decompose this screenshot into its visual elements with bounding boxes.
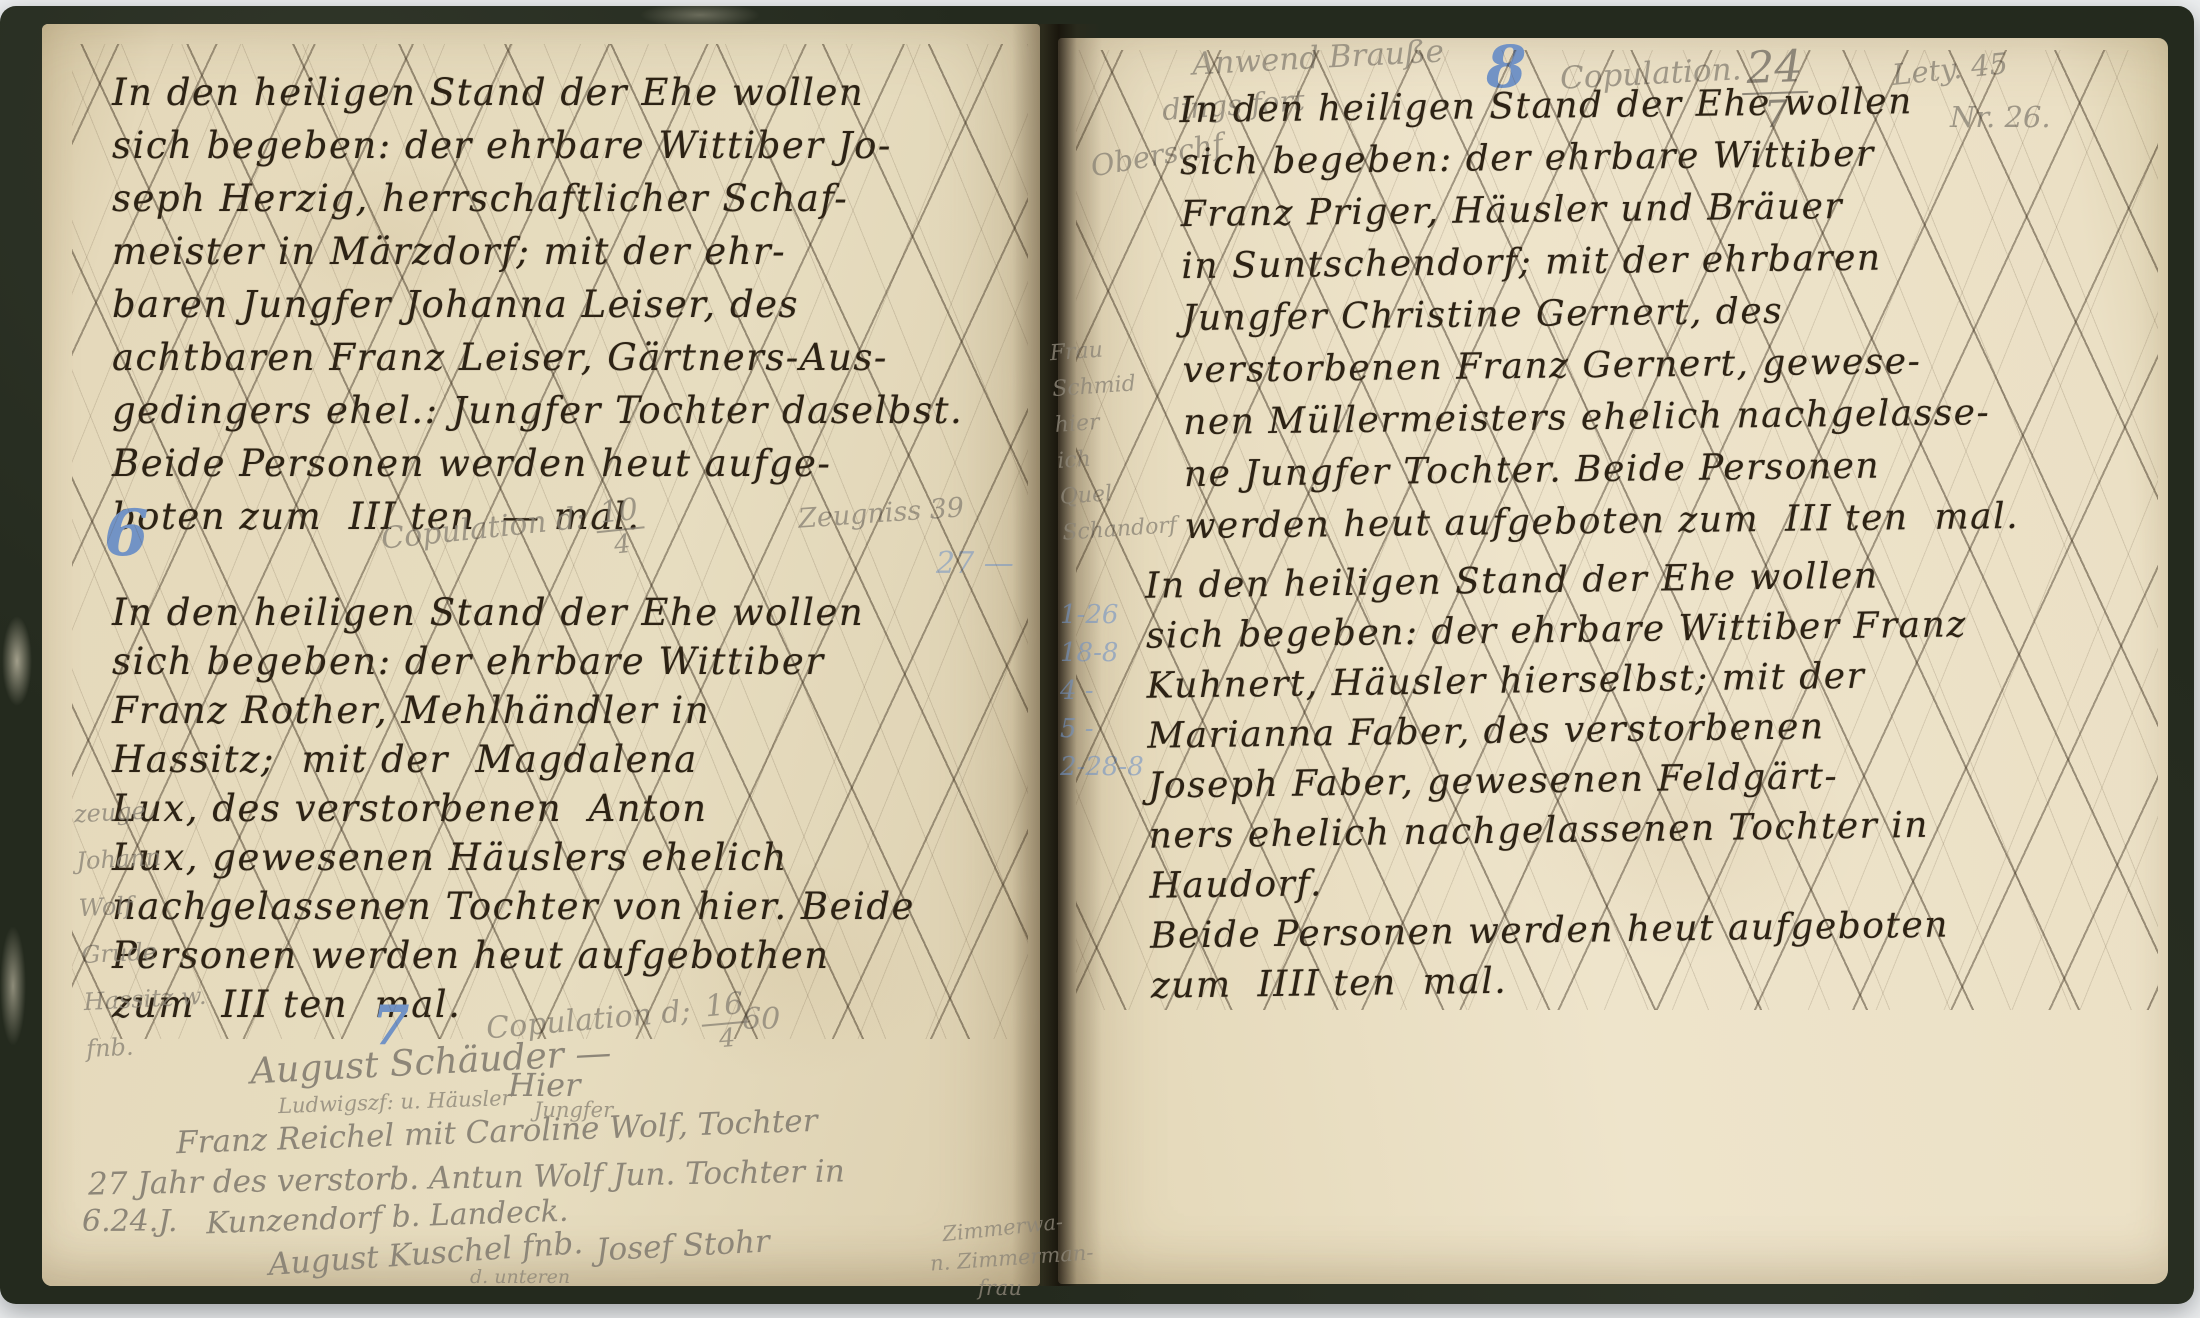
handwritten-line: Lux, gewesenen Häuslers ehelich	[112, 833, 915, 882]
handwritten-line: Wolf	[78, 879, 203, 932]
banns-entry-kuhnert: In den heiligen Stand der Ehe wollensich…	[1145, 550, 1972, 1011]
handwritten-line: werden heut aufgeboten zum III ten mal.	[1184, 491, 2019, 553]
copulation-date-fraction: 10 4	[593, 494, 647, 560]
handwritten-line: 5 -	[1060, 710, 1144, 748]
handwritten-line: 2-28-8	[1060, 748, 1144, 786]
handwritten-line: In den heiligen Stand der Ehe wollen	[112, 66, 963, 119]
handwritten-line: baren Jungfer Johanna Leiser, des	[112, 278, 963, 331]
right-margin-blue-numbers: 1-2618-84 -5 -2-28-8	[1060, 596, 1144, 786]
right-margin-pencil-notes: FrauSchmidhierichQuelSchandorf	[1049, 328, 1179, 551]
cover-wear-spot	[2, 616, 32, 706]
handwritten-line: nen Müllermeisters ehelich nachgelasse-	[1183, 387, 2018, 449]
handwritten-line: Hassitz; mit der Magdalena	[112, 735, 915, 784]
handwritten-line: gedingers ehel.: Jungfer Tochter daselbs…	[112, 384, 963, 437]
handwritten-line: fnb.	[85, 1020, 210, 1073]
handwritten-line: 1-26	[1060, 596, 1144, 634]
left-margin-notes: zeugeJohannWolfGrudeHassitz w.fnb.	[73, 785, 210, 1073]
banns-entry-priger: In den heiligen Stand der Ehe wollensich…	[1179, 75, 2019, 553]
handwritten-line: sich begeben: der ehrbare Wittiber	[112, 637, 915, 686]
handwritten-line: nachgelassenen Tochter von hier. Beide	[112, 882, 915, 931]
handwritten-line: In den heiligen Stand der Ehe wollen	[112, 588, 915, 637]
handwritten-line: seph Herzig, herrschaftlicher Schaf-	[112, 172, 963, 225]
handwritten-line: 4 -	[1060, 672, 1144, 710]
handwritten-line: Grude	[80, 926, 205, 979]
banns-entry-rother: In den heiligen Stand der Ehe wollensich…	[112, 588, 915, 1029]
entry-number-6: 6	[104, 502, 149, 566]
handwritten-line: achtbaren Franz Leiser, Gärtners-Aus-	[112, 331, 963, 384]
handwritten-line: Personen werden heut aufgebothen	[112, 931, 915, 980]
handwritten-line: meister in Märzdorf; mit der ehr-	[112, 225, 963, 278]
handwritten-line: zeuge	[73, 785, 198, 838]
photo-backdrop: In den heiligen Stand der Ehe wollensich…	[0, 0, 2200, 1318]
handwritten-line: Beide Personen werden heut aufge-	[112, 437, 963, 490]
bottom-note-624j: 6.24.J.	[82, 1204, 178, 1239]
handwritten-line: Hassitz w.	[83, 973, 208, 1026]
handwritten-line: Franz Rother, Mehlhändler in	[112, 686, 915, 735]
bottom-note-zimmermann-3: frau	[978, 1276, 1022, 1300]
handwritten-line: 18-8	[1060, 634, 1144, 672]
bottom-note-unteren: d. unteren	[470, 1266, 570, 1288]
fee-note-60: 60	[742, 1002, 780, 1037]
handwritten-line: In den heiligen Stand der Ehe wollen	[1179, 75, 2014, 137]
banns-entry-herzig: In den heiligen Stand der Ehe wollensich…	[112, 66, 963, 543]
handwritten-line: sich begeben: der ehrbare Wittiber Jo-	[112, 119, 963, 172]
handwritten-line: Johann	[75, 832, 200, 885]
pencil-note-27: 27 —	[936, 546, 1014, 581]
handwritten-line: Lux, des verstorbenen Anton	[112, 784, 915, 833]
cover-wear-spot	[0, 926, 26, 1046]
